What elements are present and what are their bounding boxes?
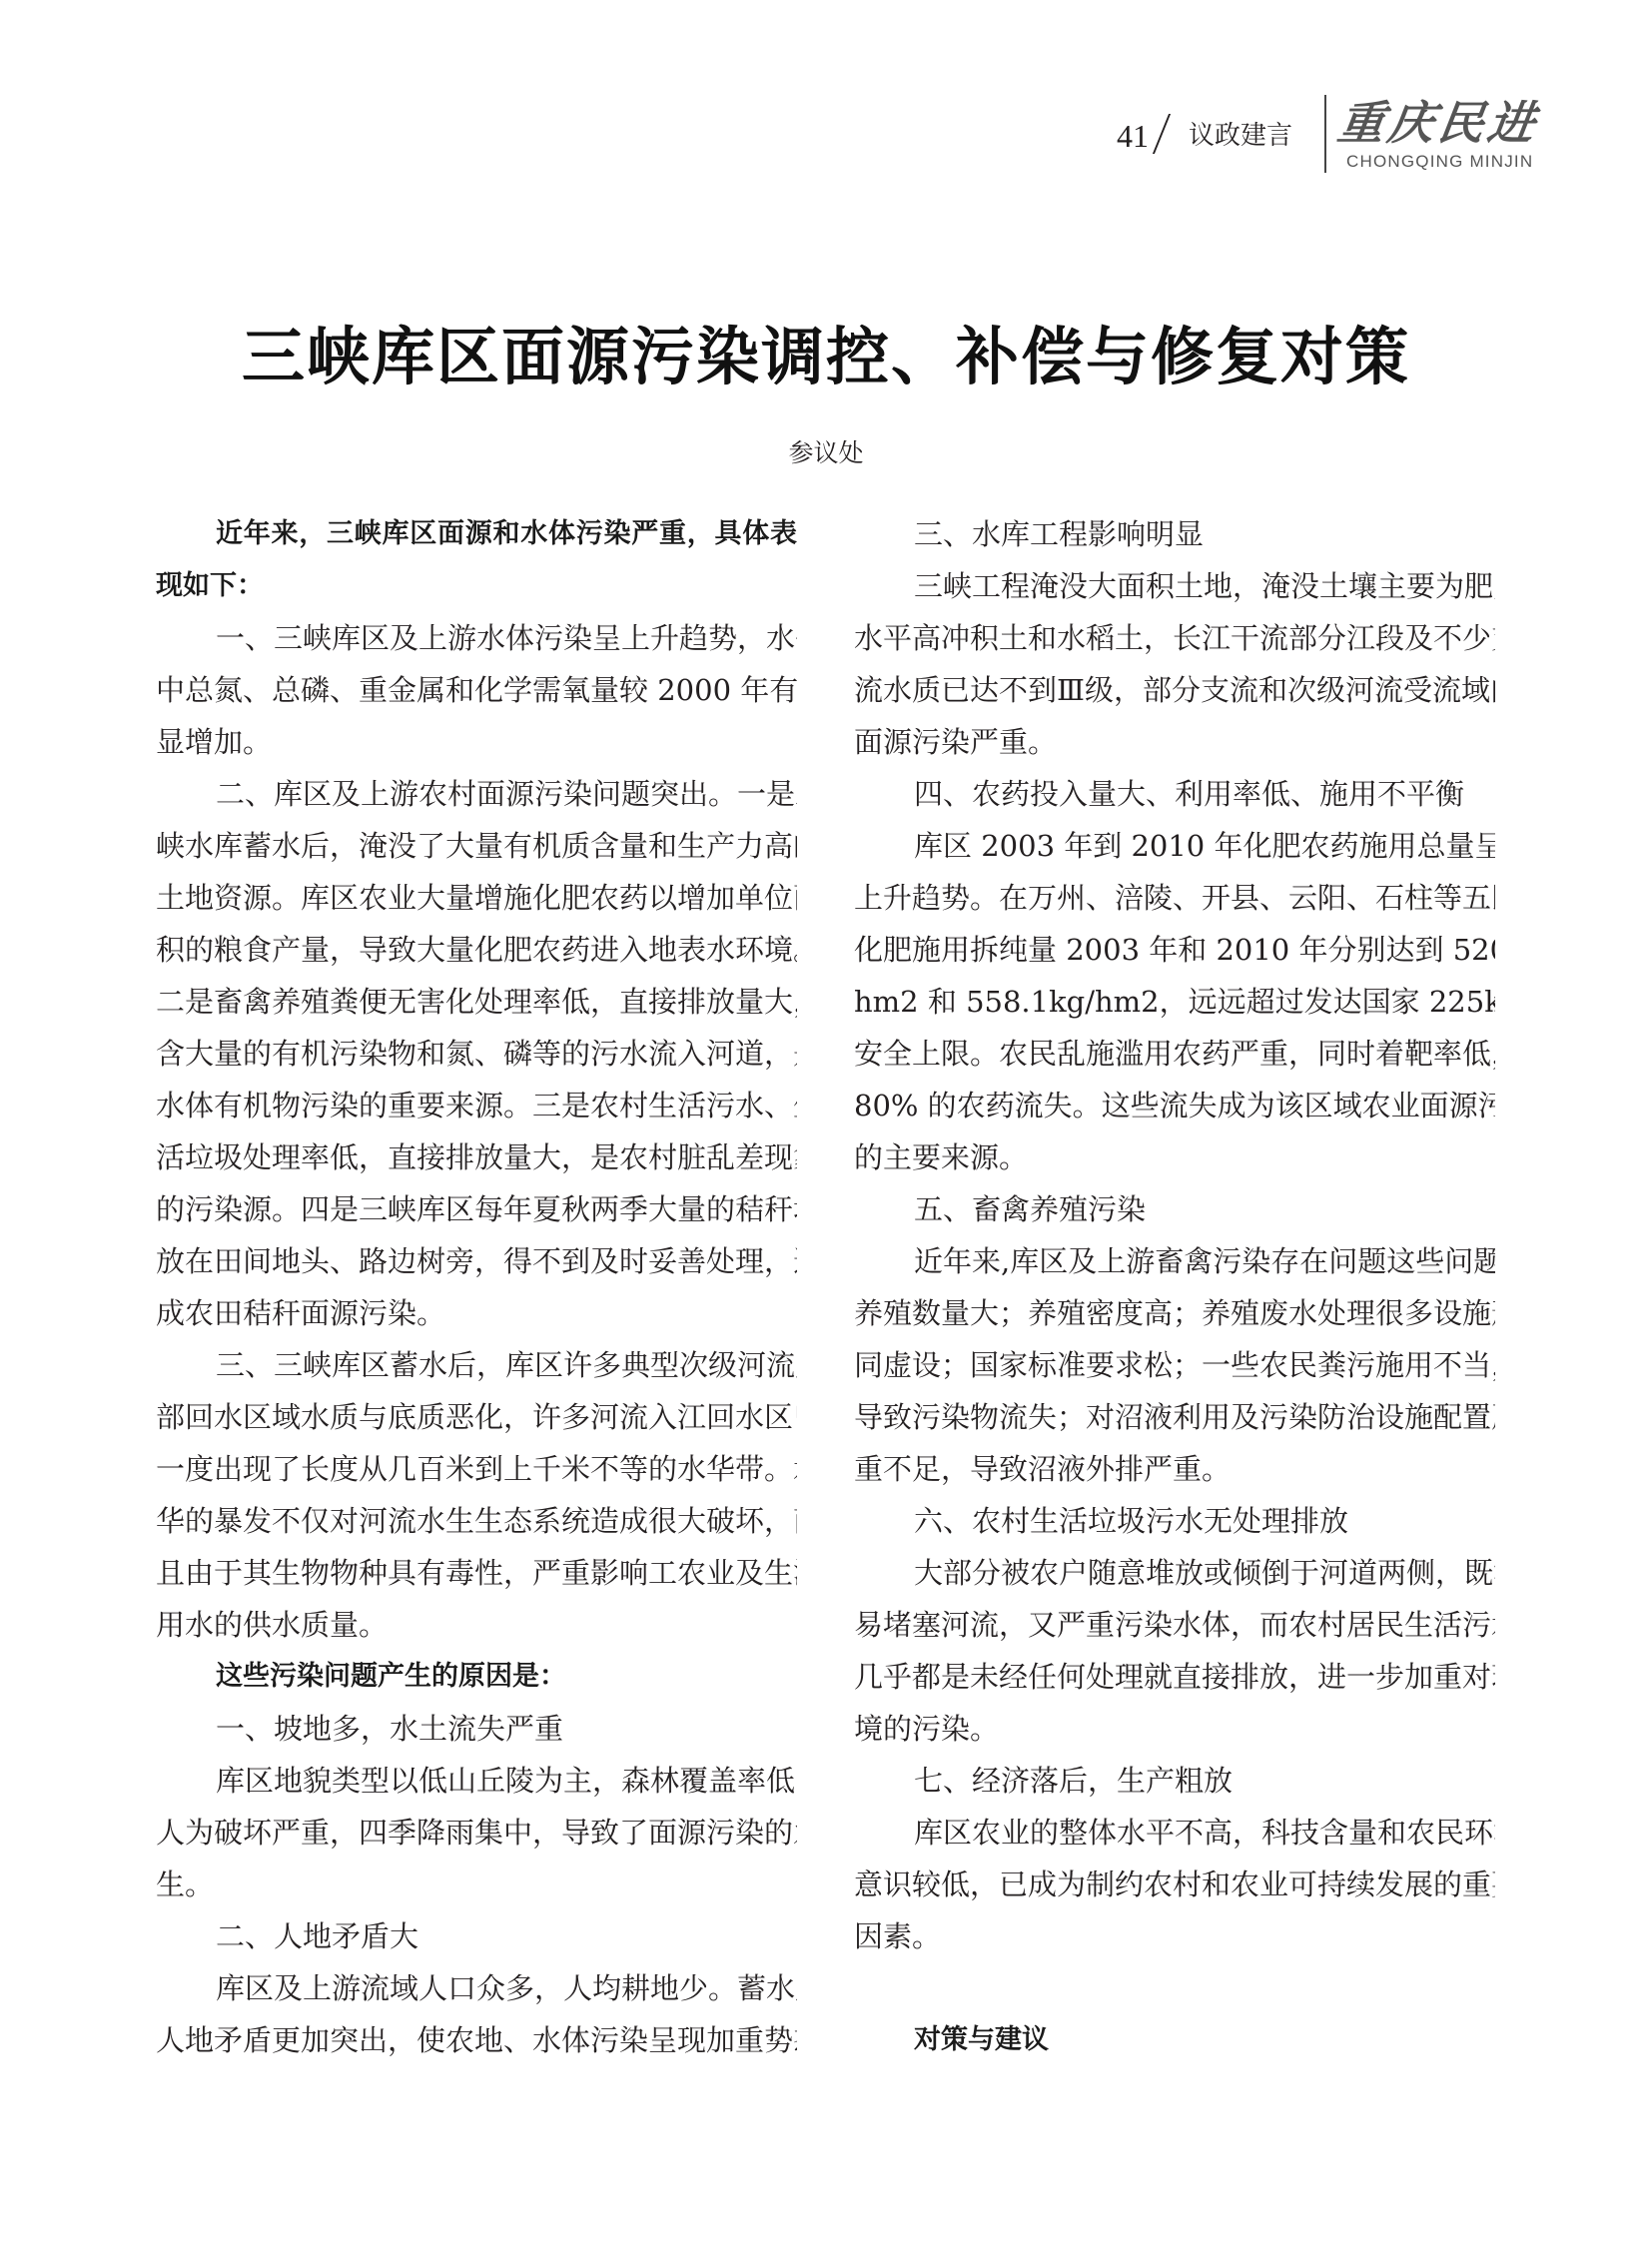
text-line: 水体有机物污染的重要来源。三是农村生活污水、生 — [156, 1080, 797, 1131]
text-line: 一度出现了长度从几百米到上千米不等的水华带。水 — [156, 1443, 797, 1495]
text-line: 大部分被农户随意堆放或倾倒于河道两侧，既容 — [854, 1547, 1495, 1599]
text-line: 同虚设；国家标准要求松；一些农民粪污施用不当， — [854, 1339, 1495, 1391]
text-line: 安全上限。农民乱施滥用农药严重，同时着靶率低， — [854, 1028, 1495, 1080]
text-line: 的主要来源。 — [854, 1131, 1495, 1183]
text-line: 的污染源。四是三峡库区每年夏秋两季大量的秸秆堆 — [156, 1183, 797, 1235]
text-line: 养殖数量大；养殖密度高；养殖废水处理很多设施形 — [854, 1287, 1495, 1339]
text-line: 库区农业的整体水平不高，科技含量和农民环境 — [854, 1807, 1495, 1859]
text-line: 面源污染严重。 — [854, 716, 1495, 768]
text-line: 意识较低，已成为制约农村和农业可持续发展的重要 — [854, 1859, 1495, 1910]
subheading-line: 一、坡地多，水土流失严重 — [156, 1703, 797, 1755]
text-line: 积的粮食产量，导致大量化肥农药进入地表水环境。 — [156, 924, 797, 976]
text-line: 一、三峡库区及上游水体污染呈上升趋势，水体 — [156, 612, 797, 664]
text-line: 因素。 — [854, 1910, 1495, 1962]
bold-text-line: 现如下： — [156, 560, 797, 612]
text-line: 导致污染物流失；对沼液利用及污染防治设施配置严 — [854, 1391, 1495, 1443]
text-line: 库区 2003 年到 2010 年化肥农药施用总量呈逐年 — [854, 820, 1495, 872]
bold-text-line: 这些污染问题产生的原因是： — [156, 1651, 797, 1703]
text-line: 活垃圾处理率低，直接排放量大，是农村脏乱差现象 — [156, 1131, 797, 1183]
text-line: 三、三峡库区蓄水后，库区许多典型次级河流局 — [156, 1339, 797, 1391]
text-line: 且由于其生物物种具有毒性，严重影响工农业及生活 — [156, 1547, 797, 1599]
left-column: 近年来，三峡库区面源和水体污染严重，具体表现如下：一、三峡库区及上游水体污染呈上… — [156, 508, 797, 2066]
text-line: 流水质已达不到Ⅲ级，部分支流和次级河流受流域内 — [854, 664, 1495, 716]
text-line: 三峡工程淹没大面积土地，淹没土壤主要为肥力 — [854, 560, 1495, 612]
text-line: 用水的供水质量。 — [156, 1599, 797, 1651]
subheading-line: 四、农药投入量大、利用率低、施用不平衡 — [854, 768, 1495, 820]
blank-line — [854, 1962, 1495, 2014]
text-line: 峡水库蓄水后，淹没了大量有机质含量和生产力高的 — [156, 820, 797, 872]
text-line: 人地矛盾更加突出，使农地、水体污染呈现加重势态。 — [156, 2014, 797, 2066]
bold-text-line: 对策与建议 — [854, 2014, 1495, 2066]
text-line: 化肥施用拆纯量 2003 年和 2010 年分别达到 520.6kg/ — [854, 924, 1495, 976]
section-name: 议政建言 — [1189, 119, 1292, 153]
page-header: 41 议政建言 重庆民进 CHONGQING MINJIN — [0, 0, 1652, 200]
slash-divider — [1153, 114, 1171, 154]
text-line: 二是畜禽养殖粪便无害化处理率低，直接排放量大， — [156, 976, 797, 1028]
text-line: 库区及上游流域人口众多，人均耕地少。蓄水后 — [156, 1962, 797, 2014]
subheading-line: 三、水库工程影响明显 — [854, 508, 1495, 560]
text-line: 上升趋势。在万州、涪陵、开县、云阳、石柱等五区县， — [854, 872, 1495, 924]
subheading-line: 二、人地矛盾大 — [156, 1910, 797, 1962]
text-line: 放在田间地头、路边树旁，得不到及时妥善处理，造 — [156, 1235, 797, 1287]
text-line: 重不足，导致沼液外排严重。 — [854, 1443, 1495, 1495]
text-line: hm2 和 558.1kg/hm2，远远超过发达国家 225kg/hm2 — [854, 976, 1495, 1028]
text-line: 人为破坏严重，四季降雨集中，导致了面源污染的发 — [156, 1807, 797, 1859]
bold-text-line: 近年来，三峡库区面源和水体污染严重，具体表 — [156, 508, 797, 560]
text-line: 含大量的有机污染物和氮、磷等的污水流入河道，是 — [156, 1028, 797, 1080]
magazine-logo: 重庆民进 — [1334, 96, 1542, 150]
text-line: 易堵塞河流，又严重污染水体，而农村居民生活污水 — [854, 1599, 1495, 1651]
page-number: 41 — [1117, 118, 1149, 154]
text-line: 土地资源。库区农业大量增施化肥农药以增加单位面 — [156, 872, 797, 924]
text-line: 中总氮、总磷、重金属和化学需氧量较 2000 年有明 — [156, 664, 797, 716]
subheading-line: 六、农村生活垃圾污水无处理排放 — [854, 1495, 1495, 1547]
subheading-line: 五、畜禽养殖污染 — [854, 1183, 1495, 1235]
text-line: 近年来,库区及上游畜禽污染存在问题这些问题 — [854, 1235, 1495, 1287]
right-column: 三、水库工程影响明显三峡工程淹没大面积土地，淹没土壤主要为肥力水平高冲积土和水稻… — [854, 508, 1495, 2066]
text-line: 部回水区域水质与底质恶化，许多河流入江回水区曾 — [156, 1391, 797, 1443]
article-author: 参议处 — [0, 435, 1652, 471]
text-line: 生。 — [156, 1859, 797, 1910]
text-line: 库区地貌类型以低山丘陵为主，森林覆盖率低， — [156, 1755, 797, 1807]
magazine-logo-english: CHONGQING MINJIN — [1325, 152, 1646, 172]
text-line: 80% 的农药流失。这些流失成为该区域农业面源污染 — [854, 1080, 1495, 1131]
article-title: 三峡库区面源污染调控、补偿与修复对策 — [0, 318, 1652, 397]
text-line: 水平高冲积土和水稻土，长江干流部分江段及不少支 — [854, 612, 1495, 664]
text-line: 华的暴发不仅对河流水生生态系统造成很大破坏，而 — [156, 1495, 797, 1547]
text-line: 境的污染。 — [854, 1703, 1495, 1755]
text-line: 几乎都是未经任何处理就直接排放，进一步加重对环 — [854, 1651, 1495, 1703]
text-line: 二、库区及上游农村面源污染问题突出。一是三 — [156, 768, 797, 820]
text-line: 显增加。 — [156, 716, 797, 768]
subheading-line: 七、经济落后，生产粗放 — [854, 1755, 1495, 1807]
text-line: 成农田秸秆面源污染。 — [156, 1287, 797, 1339]
